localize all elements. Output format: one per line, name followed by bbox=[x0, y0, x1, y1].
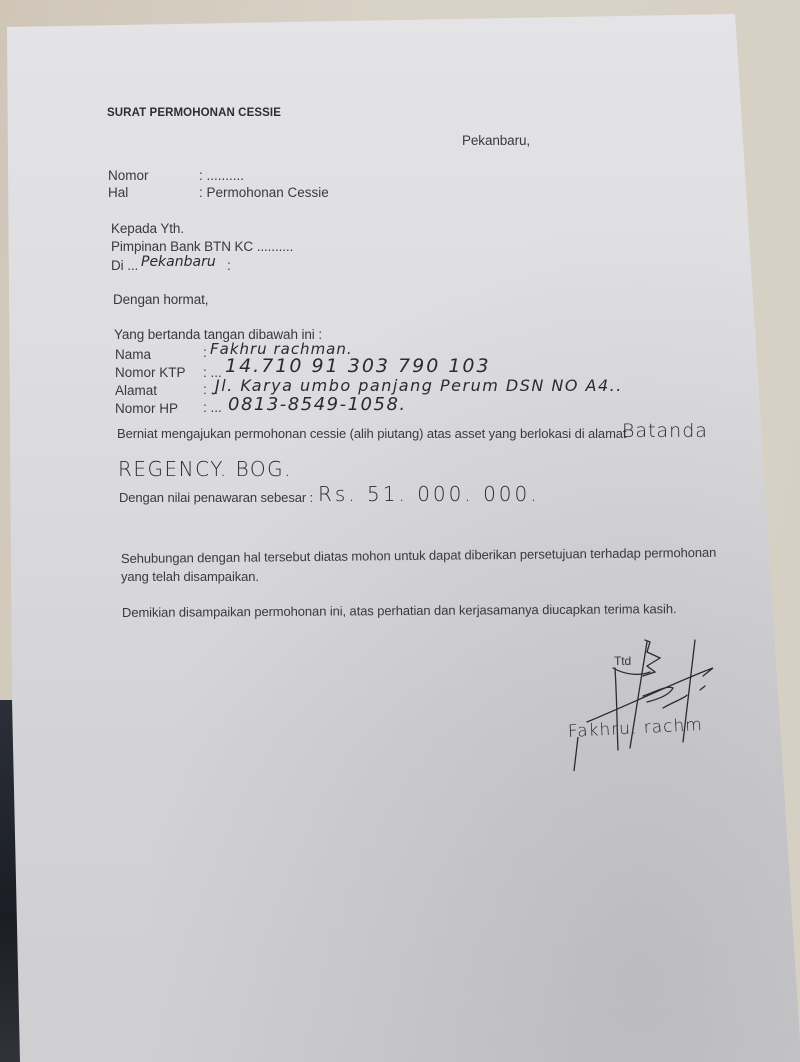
meta-label-nomor: Nomor bbox=[108, 168, 149, 183]
meta-value-nomor: : .......... bbox=[199, 168, 244, 183]
intent-handwritten-1: Batanda bbox=[622, 420, 708, 442]
signer-prefix-hp: : ... bbox=[203, 400, 222, 415]
signer-prefix-nama: : bbox=[203, 345, 207, 360]
meta-label-hal: Hal bbox=[108, 185, 128, 200]
recipient-di-handwritten: Pekanbaru bbox=[141, 254, 216, 270]
document-title: SURAT PERMOHONAN CESSIE bbox=[107, 107, 281, 119]
meta-value-hal: : Permohonan Cessie bbox=[199, 185, 329, 200]
letter-paper bbox=[0, 0, 800, 1062]
recipient-di-label: Di ... bbox=[111, 258, 138, 273]
offer-label: Dengan nilai penawaran sebesar : bbox=[119, 490, 313, 505]
intent-text: Berniat mengajukan permohonan cessie (al… bbox=[117, 426, 626, 441]
signer-label-alamat: Alamat bbox=[115, 383, 157, 398]
place-date: Pekanbaru, bbox=[462, 133, 530, 148]
recipient-line2: Pimpinan Bank BTN KC .......... bbox=[111, 239, 293, 254]
signer-handwritten-hp: 0813-8549-1058. bbox=[228, 394, 407, 415]
closing-1-line2: yang telah disampaikan. bbox=[121, 569, 259, 584]
recipient-line1: Kepada Yth. bbox=[111, 221, 184, 236]
offer-handwritten: Rs. 51. 000. 000. bbox=[318, 482, 540, 506]
signer-handwritten-ktp: 14.710 91 303 790 103 bbox=[225, 355, 491, 377]
signature-tail bbox=[570, 735, 590, 775]
intent-handwritten-2: REGENCY. BOG. bbox=[118, 457, 292, 481]
signer-handwritten-alamat: Jl. Karya umbo panjang Perum DSN NO A4.. bbox=[215, 376, 623, 395]
recipient-di-suffix: : bbox=[227, 258, 231, 273]
signer-label-hp: Nomor HP bbox=[115, 401, 178, 416]
signer-label-nama: Nama bbox=[115, 347, 151, 362]
greeting: Dengan hormat, bbox=[113, 292, 208, 307]
signer-label-ktp: Nomor KTP bbox=[115, 365, 186, 380]
